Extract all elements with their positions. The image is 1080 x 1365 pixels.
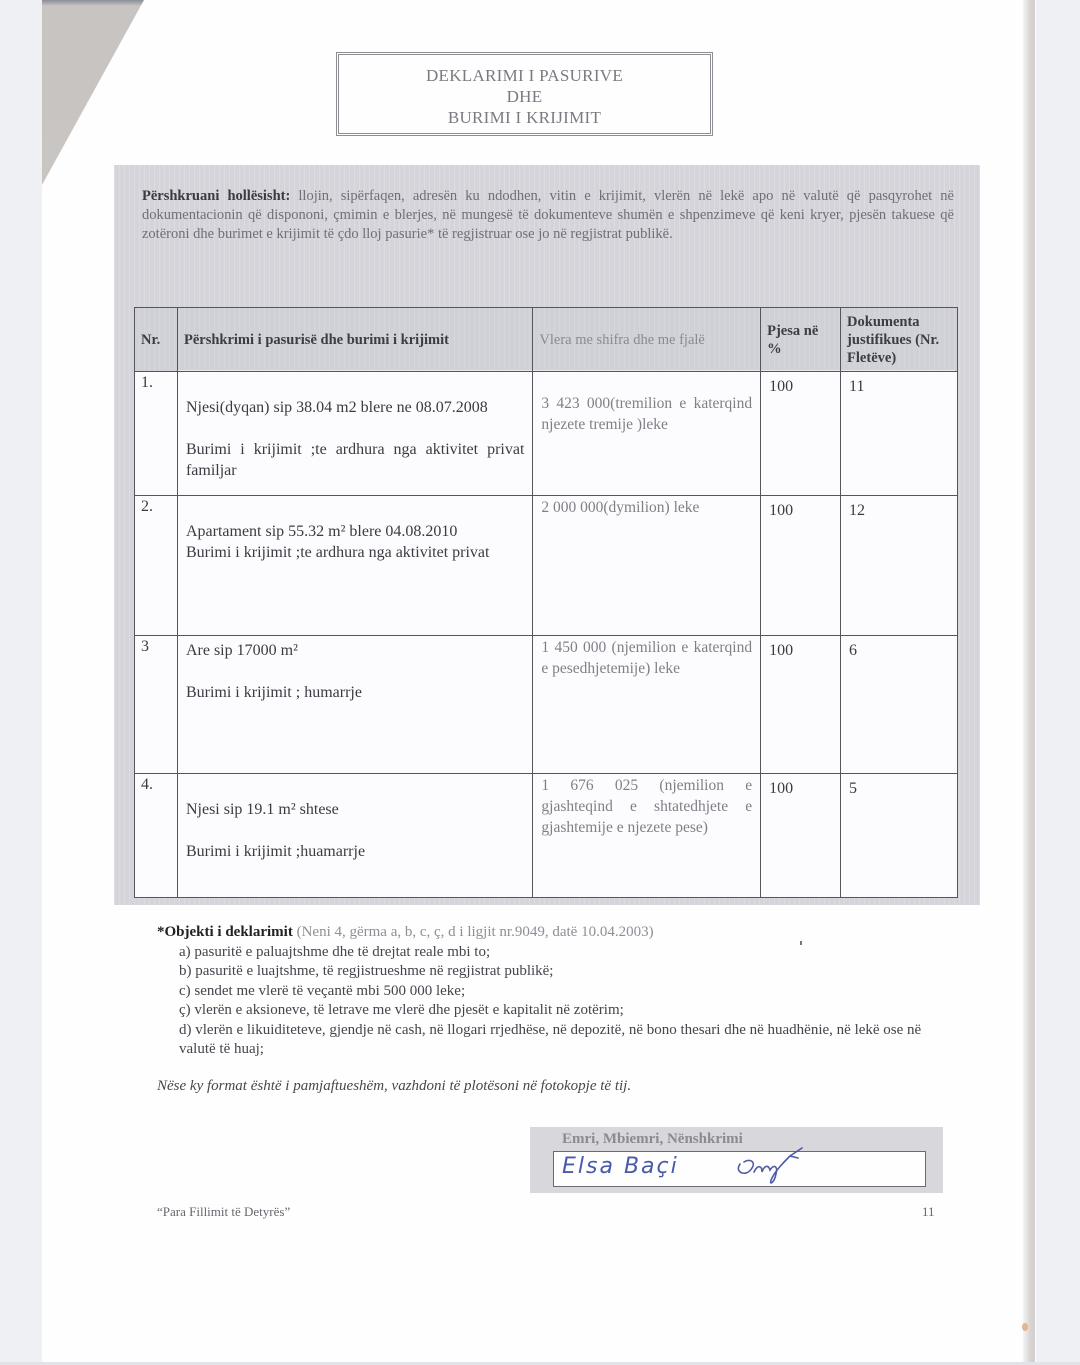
row-source: Burimi i krijimit ; humarrje [186, 682, 524, 703]
row-documents: 11 [841, 372, 958, 496]
header-value: Vlera me shifra dhe me fjalë [533, 308, 761, 372]
notes-reference: (Neni 4, gërma a, b, c, ç, d i ligjit nr… [297, 924, 654, 940]
signature-scribble-icon [732, 1142, 812, 1188]
row-value-text: 3 423 000(tremilion e katerqind njezete … [541, 395, 752, 433]
row-description: Apartament sip 55.32 m² blere 04.08.2010… [177, 496, 532, 636]
row-source: Burimi i krijimit ;te ardhura nga aktivi… [186, 542, 524, 563]
background-left [0, 0, 42, 1365]
row-share: 100 [761, 636, 841, 774]
header-documents: Dokumenta justifikues (Nr. Fletëve) [841, 308, 958, 372]
row-value: 1 450 000 (njemilion e katerqind e pesed… [533, 636, 761, 774]
assets-table: Nr. Përshkrimi i pasurisë dhe burimi i k… [134, 307, 958, 898]
background-right [1036, 0, 1080, 1365]
row-asset: Njesi(dyqan) sip 38.04 m2 blere ne 08.07… [186, 397, 524, 418]
page-number: 11 [922, 1204, 935, 1220]
row-share: 100 [761, 774, 841, 898]
table-row: 4. Njesi sip 19.1 m² shtese Burimi i kri… [135, 774, 958, 898]
scan-speck [800, 941, 802, 945]
row-share: 100 [761, 496, 841, 636]
instructions-paragraph: Përshkruani hollësisht: llojin, sipërfaq… [142, 187, 954, 244]
title-line-3: BURIMI I KRIJIMIT [339, 107, 710, 128]
signature-label: Emri, Mbiemri, Nënshkrimi [562, 1131, 743, 1148]
row-source: Burimi i krijimit ;huamarrje [186, 841, 524, 862]
note-item: b) pasuritë e luajtshme, të regjistruesh… [157, 962, 947, 982]
header-share: Pjesa në % [761, 308, 841, 372]
row-source: Burimi i krijimit ;te ardhura nga aktivi… [186, 439, 524, 481]
row-description: Njesi(dyqan) sip 38.04 m2 blere ne 08.07… [177, 372, 532, 496]
page-edge [1023, 0, 1035, 1362]
header-description: Përshkrimi i pasurisë dhe burimi i kriji… [177, 308, 532, 372]
row-value: 3 423 000(tremilion e katerqind njezete … [533, 372, 761, 496]
row-share: 100 [761, 372, 841, 496]
title-line-1: DEKLARIMI I PASURIVE [339, 65, 710, 86]
row-nr: 2. [135, 496, 178, 636]
row-description: Are sip 17000 m² Burimi i krijimit ; hum… [177, 636, 532, 774]
handwritten-name: Elsa Baçi [562, 1154, 679, 1179]
row-documents: 5 [841, 774, 958, 898]
header-nr: Nr. [135, 308, 178, 372]
row-value: 1 676 025 (njemilion e gjashteqind e sht… [533, 774, 761, 898]
table-row: 1. Njesi(dyqan) sip 38.04 m2 blere ne 08… [135, 372, 958, 496]
row-asset: Apartament sip 55.32 m² blere 04.08.2010 [186, 521, 524, 542]
notes-heading-line: *Objekti i deklarimit (Neni 4, gërma a, … [157, 923, 947, 943]
instructions-lead: Përshkruani hollësisht: [142, 188, 290, 204]
footer-label: “Para Fillimit të Detyrës” [157, 1204, 290, 1220]
note-item: d) vlerën e likuiditeteve, gjendje në ca… [157, 1021, 947, 1060]
declaration-notes: *Objekti i deklarimit (Neni 4, gërma a, … [157, 923, 947, 1060]
document-title-box: DEKLARIMI I PASURIVE DHE BURIMI I KRIJIM… [336, 52, 713, 136]
table-row: 3 Are sip 17000 m² Burimi i krijimit ; h… [135, 636, 958, 774]
signature-field: Elsa Baçi [553, 1151, 926, 1187]
row-nr: 1. [135, 372, 178, 496]
row-documents: 6 [841, 636, 958, 774]
row-asset: Njesi sip 19.1 m² shtese [186, 799, 524, 820]
row-description: Njesi sip 19.1 m² shtese Burimi i krijim… [177, 774, 532, 898]
note-item: c) sendet me vlerë të veçantë mbi 500 00… [157, 982, 947, 1002]
paper-stain [1022, 1323, 1028, 1331]
table-row: 2. Apartament sip 55.32 m² blere 04.08.2… [135, 496, 958, 636]
format-note: Nëse ky format është i pamjaftueshëm, va… [157, 1078, 631, 1095]
title-line-2: DHE [339, 86, 710, 107]
row-asset: Are sip 17000 m² [186, 640, 524, 661]
note-item: ç) vlerën e aksioneve, të letrave me vle… [157, 1001, 947, 1021]
notes-heading: *Objekti i deklarimit [157, 924, 293, 940]
table-header-row: Nr. Përshkrimi i pasurisë dhe burimi i k… [135, 308, 958, 372]
row-documents: 12 [841, 496, 958, 636]
note-item: a) pasuritë e paluajtshme dhe të drejtat… [157, 943, 947, 963]
row-nr: 3 [135, 636, 178, 774]
row-nr: 4. [135, 774, 178, 898]
row-value: 2 000 000(dymilion) leke [533, 496, 761, 636]
